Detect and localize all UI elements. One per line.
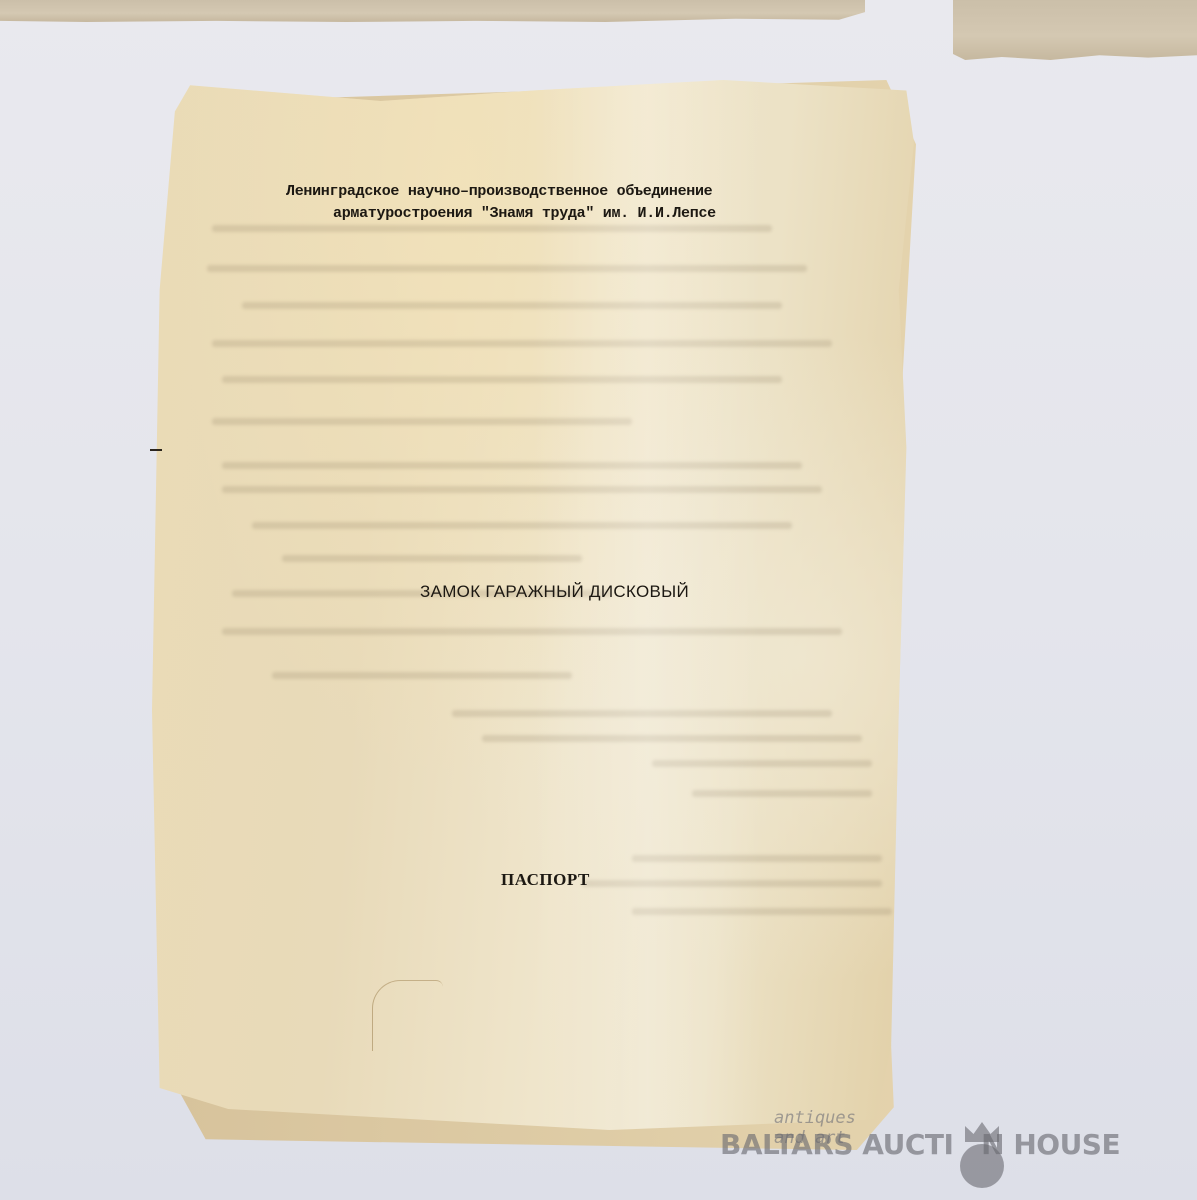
document-type: ПАСПОРТ <box>501 870 590 890</box>
bleed-through-text <box>632 908 892 915</box>
bleed-through-text <box>212 340 832 347</box>
bleed-through-text <box>222 462 802 469</box>
organization-line-2: арматуростроения "Знамя труда" им. И.И.Л… <box>333 205 716 222</box>
organization-line-1: Ленинградское научно–производственное об… <box>286 183 712 200</box>
paper-scrap-top-right <box>953 0 1197 60</box>
document-title: ЗАМОК ГАРАЖНЫЙ ДИСКОВЫЙ <box>420 582 689 602</box>
bleed-through-text <box>207 265 807 272</box>
margin-mark <box>150 449 162 451</box>
passport-document-page <box>152 80 914 1130</box>
bleed-through-text <box>252 522 792 529</box>
bleed-through-text <box>222 486 822 493</box>
bleed-through-text <box>242 302 782 309</box>
bleed-through-text <box>582 880 882 887</box>
bleed-through-text <box>222 376 782 383</box>
bleed-through-text <box>652 760 872 767</box>
bleed-through-text <box>272 672 572 679</box>
watermark-brand: BALTARS AUCTI N HOUSE <box>720 1128 1120 1161</box>
bleed-through-text <box>282 555 582 562</box>
bleed-through-text <box>212 418 632 425</box>
bleed-through-text <box>692 790 872 797</box>
bleed-through-text <box>632 855 882 862</box>
bleed-through-text <box>452 710 832 717</box>
bleed-through-text <box>222 628 842 635</box>
bleed-through-text <box>212 225 772 232</box>
paper-tear <box>372 980 443 1051</box>
bleed-through-text <box>482 735 862 742</box>
paper-scrap-top-left <box>0 0 865 22</box>
